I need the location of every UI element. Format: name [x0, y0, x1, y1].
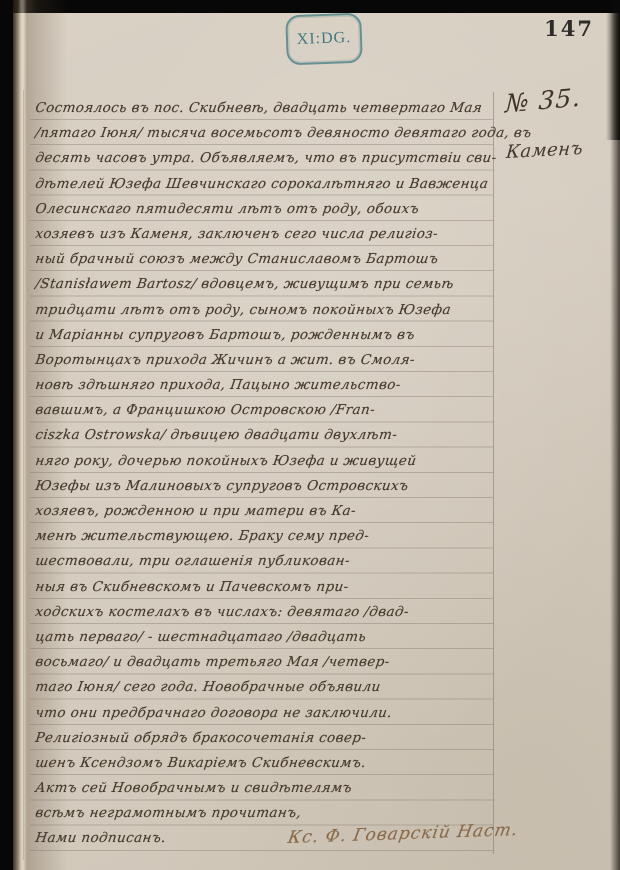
manuscript-line: /Stanisławem Bartosz/ вдовцемъ, живущимъ… — [33, 276, 497, 301]
manuscript-line: няго року, дочерью покойныхъ Юзефа и жив… — [33, 453, 497, 478]
manuscript-line: ный брачный союзъ между Станиславомъ Бар… — [33, 251, 497, 276]
manuscript-line: что они предбрачнаго договора не заключи… — [33, 705, 497, 730]
manuscript-line: хозяевъ, рожденною и при матери въ Ка- — [33, 503, 497, 528]
manuscript-line: Актъ сей Новобрачнымъ и свидѣтелямъ — [33, 780, 497, 805]
manuscript-line: восьмаго/ и двадцать третьяго Мая /четве… — [33, 654, 497, 679]
archive-stamp-text: XI:DG. — [296, 29, 351, 49]
manuscript-line: цать перваго/ - шестнадцатаго /двадцать — [33, 629, 497, 654]
manuscript-line: таго Іюня/ сего года. Новобрачные объяви… — [33, 679, 497, 704]
manuscript-line: шествовали, три оглашенія публикован- — [33, 553, 497, 578]
manuscript-line: Юзефы изъ Малиновыхъ супруговъ Островски… — [33, 478, 497, 503]
manuscript-line: тридцати лѣтъ отъ роду, сыномъ покойныхъ… — [33, 302, 497, 327]
manuscript-line: новѣ здѣшняго прихода, Пацыно жительство… — [33, 377, 497, 402]
manuscript-line: шенъ Ксендзомъ Викаріемъ Скибневскимъ. — [33, 755, 497, 780]
scan-edge-top — [0, 0, 620, 13]
page-number: 147 — [544, 16, 594, 41]
archive-stamp: XI:DG. — [285, 13, 363, 66]
manuscript-line: /пятаго Іюня/ тысяча восемьсотъ девяност… — [33, 125, 497, 150]
manuscript-line: вавшимъ, а Францишкою Островскою /Fran- — [33, 402, 497, 427]
manuscript-line: Олесинскаго пятидесяти лѣтъ отъ роду, об… — [33, 201, 497, 226]
manuscript-text: Состоялось въ пос. Скибневѣ, двадцать че… — [33, 100, 493, 856]
manuscript-line: дѣтелей Юзефа Шевчинскаго сорокалѣтняго … — [33, 176, 497, 201]
manuscript-line: Воротынцахъ прихода Жичинъ а жит. въ Смо… — [33, 352, 497, 377]
page-crease-line — [23, 90, 24, 860]
scan-edge-left — [0, 0, 13, 870]
margin-note: Каменъ — [505, 138, 584, 163]
manuscript-line: ходскихъ костелахъ въ числахъ: девятаго … — [33, 604, 497, 629]
manuscript-line: ныя въ Скибневскомъ и Пачевскомъ при- — [33, 579, 497, 604]
manuscript-line: ciszka Ostrowska/ дѣвицею двадцати двухл… — [33, 427, 497, 452]
manuscript-line: хозяевъ изъ Каменя, заключенъ сего числа… — [33, 226, 497, 251]
manuscript-line: и Маріанны супруговъ Бартошъ, рожденнымъ… — [33, 327, 497, 352]
manuscript-line: менѣ жительствующею. Браку сему пред- — [33, 528, 497, 553]
manuscript-line: Состоялось въ пос. Скибневѣ, двадцать че… — [33, 100, 497, 125]
manuscript-line: десять часовъ утра. Объявляемъ, что въ п… — [33, 150, 497, 175]
manuscript-line: Религіозный обрядъ бракосочетанія совер- — [33, 730, 497, 755]
